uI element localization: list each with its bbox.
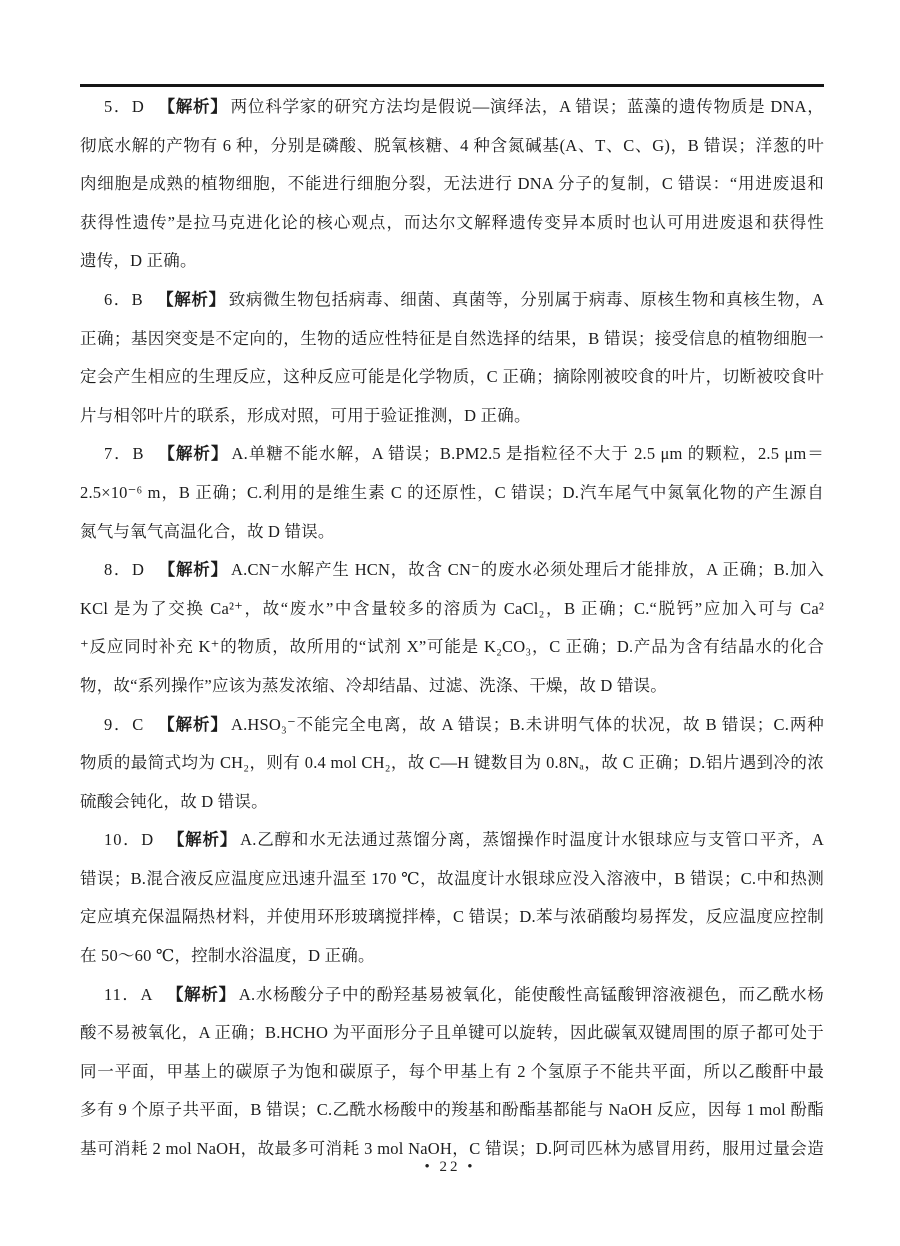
- answer-first-line: 10．D【解析】A.乙醇和水无法通过蒸馏分离，蒸馏操作时温度计水银球应与支管口平…: [80, 821, 824, 860]
- answer-line: 多有 9 个原子共平面，B 错误；C.乙酰水杨酸中的羧基和酚酯基都能与 NaOH…: [80, 1091, 824, 1130]
- analysis-label: 【解析】: [158, 97, 228, 116]
- answer-line: 遗传，D 正确。: [80, 242, 824, 281]
- answer-line: 物质的最简式均为 CH₂，则有 0.4 mol CH₂，故 C—H 键数目为 0…: [80, 744, 824, 783]
- answer-number: 9．C: [104, 715, 144, 734]
- answer-first-line-text: A.水杨酸分子中的酚羟基易被氧化，能使酸性高锰酸钾溶液褪色，而乙酰水杨: [239, 985, 824, 1004]
- analysis-label: 【解析】: [167, 830, 237, 849]
- answer-line: 定会产生相应的生理反应，这种反应可能是化学物质，C 正确；摘除刚被咬食的叶片，切…: [80, 358, 824, 397]
- answers-list: 5．D【解析】两位科学家的研究方法均是假说—演绎法，A 错误；蓝藻的遗传物质是 …: [80, 88, 824, 1169]
- answer-first-line-text: A.乙醇和水无法通过蒸馏分离，蒸馏操作时温度计水银球应与支管口平齐，A: [240, 830, 824, 849]
- answer-number: 8．D: [104, 560, 145, 579]
- answer-paragraph: 6．B【解析】致病微生物包括病毒、细菌、真菌等，分别属于病毒、原核生物和真核生物…: [80, 281, 824, 435]
- analysis-label: 【解析】: [157, 715, 228, 734]
- answer-number: 5．D: [104, 97, 145, 116]
- answer-number: 10．D: [104, 830, 154, 849]
- answer-paragraph: 8．D【解析】A.CN⁻水解产生 HCN，故含 CN⁻的废水必须处理后才能排放，…: [80, 551, 824, 705]
- answer-paragraph: 10．D【解析】A.乙醇和水无法通过蒸馏分离，蒸馏操作时温度计水银球应与支管口平…: [80, 821, 824, 975]
- analysis-label: 【解析】: [158, 560, 228, 579]
- answer-line: 硫酸会钝化，故 D 错误。: [80, 783, 824, 822]
- answer-number: 7．B: [104, 444, 144, 463]
- answer-first-line: 9．C【解析】A.HSO₃⁻不能完全电离，故 A 错误；B.未讲明气体的状况，故…: [80, 706, 824, 745]
- answer-first-line-text: A.单糖不能水解，A 错误；B.PM2.5 是指粒径不大于 2.5 μm 的颗粒…: [232, 444, 824, 463]
- answer-first-line: 6．B【解析】致病微生物包括病毒、细菌、真菌等，分别属于病毒、原核生物和真核生物…: [80, 281, 824, 320]
- answer-number: 6．B: [104, 290, 144, 309]
- header-rule: [80, 84, 824, 87]
- answer-paragraph: 9．C【解析】A.HSO₃⁻不能完全电离，故 A 错误；B.未讲明气体的状况，故…: [80, 706, 824, 822]
- answer-first-line: 7．B【解析】A.单糖不能水解，A 错误；B.PM2.5 是指粒径不大于 2.5…: [80, 435, 824, 474]
- answer-line: 定应填充保温隔热材料，并使用环形玻璃搅拌棒，C 错误；D.苯与浓硝酸均易挥发，反…: [80, 898, 824, 937]
- answer-line: 在 50～60 ℃，控制水浴温度，D 正确。: [80, 937, 824, 976]
- answer-line: 获得性遗传”是拉马克进化论的核心观点，而达尔文解释遗传变异本质时也认可用进废退和…: [80, 204, 824, 243]
- analysis-label: 【解析】: [166, 985, 235, 1004]
- answer-first-line: 11．A【解析】A.水杨酸分子中的酚羟基易被氧化，能使酸性高锰酸钾溶液褪色，而乙…: [80, 976, 824, 1015]
- answer-line: 酸不易被氧化，A 正确；B.HCHO 为平面形分子且单键可以旋转，因此碳氧双键周…: [80, 1014, 824, 1053]
- answer-line: 2.5×10⁻⁶ m，B 正确；C.利用的是维生素 C 的还原性，C 错误；D.…: [80, 474, 824, 513]
- answer-line: 肉细胞是成熟的植物细胞，不能进行细胞分裂，无法进行 DNA 分子的复制，C 错误…: [80, 165, 824, 204]
- answer-line: 同一平面，甲基上的碳原子为饱和碳原子，每个甲基上有 2 个氢原子不能共平面，所以…: [80, 1053, 824, 1092]
- answer-first-line-text: 致病微生物包括病毒、细菌、真菌等，分别属于病毒、原核生物和真核生物，A: [229, 290, 824, 309]
- answer-paragraph: 11．A【解析】A.水杨酸分子中的酚羟基易被氧化，能使酸性高锰酸钾溶液褪色，而乙…: [80, 976, 824, 1169]
- answer-line: 氮气与氧气高温化合，故 D 错误。: [80, 513, 824, 552]
- answer-first-line: 5．D【解析】两位科学家的研究方法均是假说—演绎法，A 错误；蓝藻的遗传物质是 …: [80, 88, 824, 127]
- analysis-label: 【解析】: [157, 444, 228, 463]
- answer-number: 11．A: [104, 985, 153, 1004]
- answer-first-line-text: A.HSO₃⁻不能完全电离，故 A 错误；B.未讲明气体的状况，故 B 错误；C…: [231, 715, 824, 734]
- answer-paragraph: 5．D【解析】两位科学家的研究方法均是假说—演绎法，A 错误；蓝藻的遗传物质是 …: [80, 88, 824, 281]
- answer-line: 正确；基因突变是不定向的，生物的适应性特征是自然选择的结果，B 错误；接受信息的…: [80, 320, 824, 359]
- answer-first-line-text: A.CN⁻水解产生 HCN，故含 CN⁻的废水必须处理后才能排放，A 正确；B.…: [231, 560, 824, 579]
- answer-first-line-text: 两位科学家的研究方法均是假说—演绎法，A 错误；蓝藻的遗传物质是 DNA，: [231, 97, 824, 116]
- analysis-label: 【解析】: [157, 290, 226, 309]
- answer-line: KCl 是为了交换 Ca²⁺，故“废水”中含量较多的溶质为 CaCl₂，B 正确…: [80, 590, 824, 629]
- answer-first-line: 8．D【解析】A.CN⁻水解产生 HCN，故含 CN⁻的废水必须处理后才能排放，…: [80, 551, 824, 590]
- answer-line: 彻底水解的产物有 6 种，分别是磷酸、脱氧核糖、4 种含氮碱基(A、T、C、G)…: [80, 127, 824, 166]
- answer-line: 错误；B.混合液反应温度应迅速升温至 170 ℃，故温度计水银球应没入溶液中，B…: [80, 860, 824, 899]
- answer-line: 物，故“系列操作”应该为蒸发浓缩、冷却结晶、过滤、洗涤、干燥，故 D 错误。: [80, 667, 824, 706]
- answer-line: ⁺反应同时补充 K⁺的物质，故所用的“试剂 X”可能是 K₂CO₃，C 正确；D…: [80, 628, 824, 667]
- page-number: • 22 •: [0, 1150, 900, 1184]
- answer-paragraph: 7．B【解析】A.单糖不能水解，A 错误；B.PM2.5 是指粒径不大于 2.5…: [80, 435, 824, 551]
- answer-line: 片与相邻叶片的联系，形成对照，可用于验证推测，D 正确。: [80, 397, 824, 436]
- document-page: 5．D【解析】两位科学家的研究方法均是假说—演绎法，A 错误；蓝藻的遗传物质是 …: [0, 0, 900, 1246]
